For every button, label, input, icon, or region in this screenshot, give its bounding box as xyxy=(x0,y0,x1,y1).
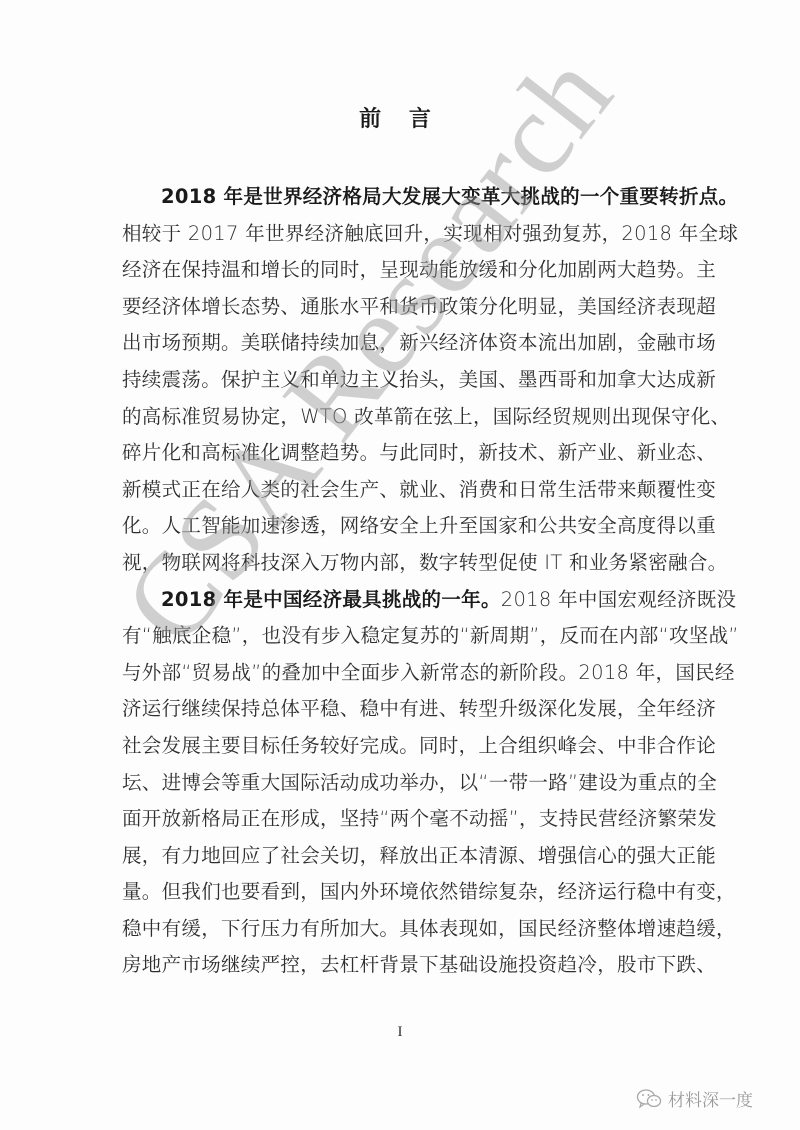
paragraph-1-line-8: 碎片化和高标准化调整趋势。与此同时，新技术、新产业、新业态、 xyxy=(122,435,689,472)
paragraph-2-line-8: 展，有力地回应了社会关切，释放出正本清源、增强信心的强大正能 xyxy=(122,838,689,875)
paragraph-1-line-9: 新模式正在给人类的社会生产、就业、消费和日常生活带来颠覆性变 xyxy=(122,472,689,509)
wechat-icon xyxy=(636,1088,664,1110)
source-badge: 材料深一度 xyxy=(636,1086,753,1111)
paragraph-2-line-1: 2018 年是中国经济最具挑战的一年。2018 年中国宏观经济既没 xyxy=(122,582,689,619)
paragraph-1-line-4: 要经济体增长态势、通胀水平和货币政策分化明显，美国经济表现超 xyxy=(122,289,689,326)
paragraph-1-line-10: 化。人工智能加速渗透，网络安全上升至国家和公共安全高度得以重 xyxy=(122,508,689,545)
paragraph-1-line-7: 的高标准贸易协定，WTO 改革箭在弦上，国际经贸规则出现保守化、 xyxy=(122,399,689,436)
page-title: 前 言 xyxy=(0,102,800,133)
page-number: I xyxy=(0,1024,800,1041)
paragraph-1-line-2: 相较于 2017 年世界经济触底回升，实现相对强劲复苏，2018 年全球 xyxy=(122,216,689,253)
paragraph-2-line-3: 与外部“贸易战”的叠加中全面步入新常态的新阶段。2018 年，国民经 xyxy=(122,655,689,692)
body-text: 2018 年是世界经济格局大发展大变革大挑战的一个重要转折点。 相较于 2017… xyxy=(122,179,689,984)
paragraph-2-line-7: 面开放新格局正在形成，坚持“两个毫不动摇”，支持民营经济繁荣发 xyxy=(122,801,689,838)
document-page: 前 言 2018 年是世界经济格局大发展大变革大挑战的一个重要转折点。 相较于 … xyxy=(0,0,800,1130)
paragraph-2-line-6: 坛、进博会等重大国际活动成功举办，以“一带一路”建设为重点的全 xyxy=(122,765,689,802)
paragraph-2-line-11: 房地产市场继续严控，去杠杆背景下基础设施投资趋冷，股市下跌、 xyxy=(122,947,689,984)
paragraph-2-line-4: 济运行继续保持总体平稳、稳中有进、转型升级深化发展，全年经济 xyxy=(122,691,689,728)
paragraph-1-line-11: 视，物联网将科技深入万物内部，数字转型促使 IT 和业务紧密融合。 xyxy=(122,545,689,582)
paragraph-2-line-5: 社会发展主要目标任务较好完成。同时，上合组织峰会、中非合作论 xyxy=(122,728,689,765)
lead-sentence: 2018 年是中国经济最具挑战的一年。 xyxy=(161,588,501,611)
paragraph-1-line-1: 2018 年是世界经济格局大发展大变革大挑战的一个重要转折点。 xyxy=(122,179,689,216)
paragraph-2-line-10: 稳中有缓，下行压力有所加大。具体表现如，国民经济整体增速趋缓， xyxy=(122,911,689,948)
paragraph-1-line-5: 出市场预期。美联储持续加息，新兴经济体资本流出加剧，金融市场 xyxy=(122,325,689,362)
paragraph-1-line-6: 持续震荡。保护主义和单边主义抬头，美国、墨西哥和加拿大达成新 xyxy=(122,362,689,399)
lead-sentence: 2018 年是世界经济格局大发展大变革大挑战的一个重要转折点。 xyxy=(161,185,738,208)
paragraph-1-line-3: 经济在保持温和增长的同时，呈现动能放缓和分化加剧两大趋势。主 xyxy=(122,252,689,289)
paragraph-2-line-9: 量。但我们也要看到，国内外环境依然错综复杂，经济运行稳中有变， xyxy=(122,874,689,911)
source-label: 材料深一度 xyxy=(668,1086,753,1111)
paragraph-2-line-2: 有“触底企稳”，也没有步入稳定复苏的“新周期”，反而在内部“攻坚战” xyxy=(122,618,689,655)
